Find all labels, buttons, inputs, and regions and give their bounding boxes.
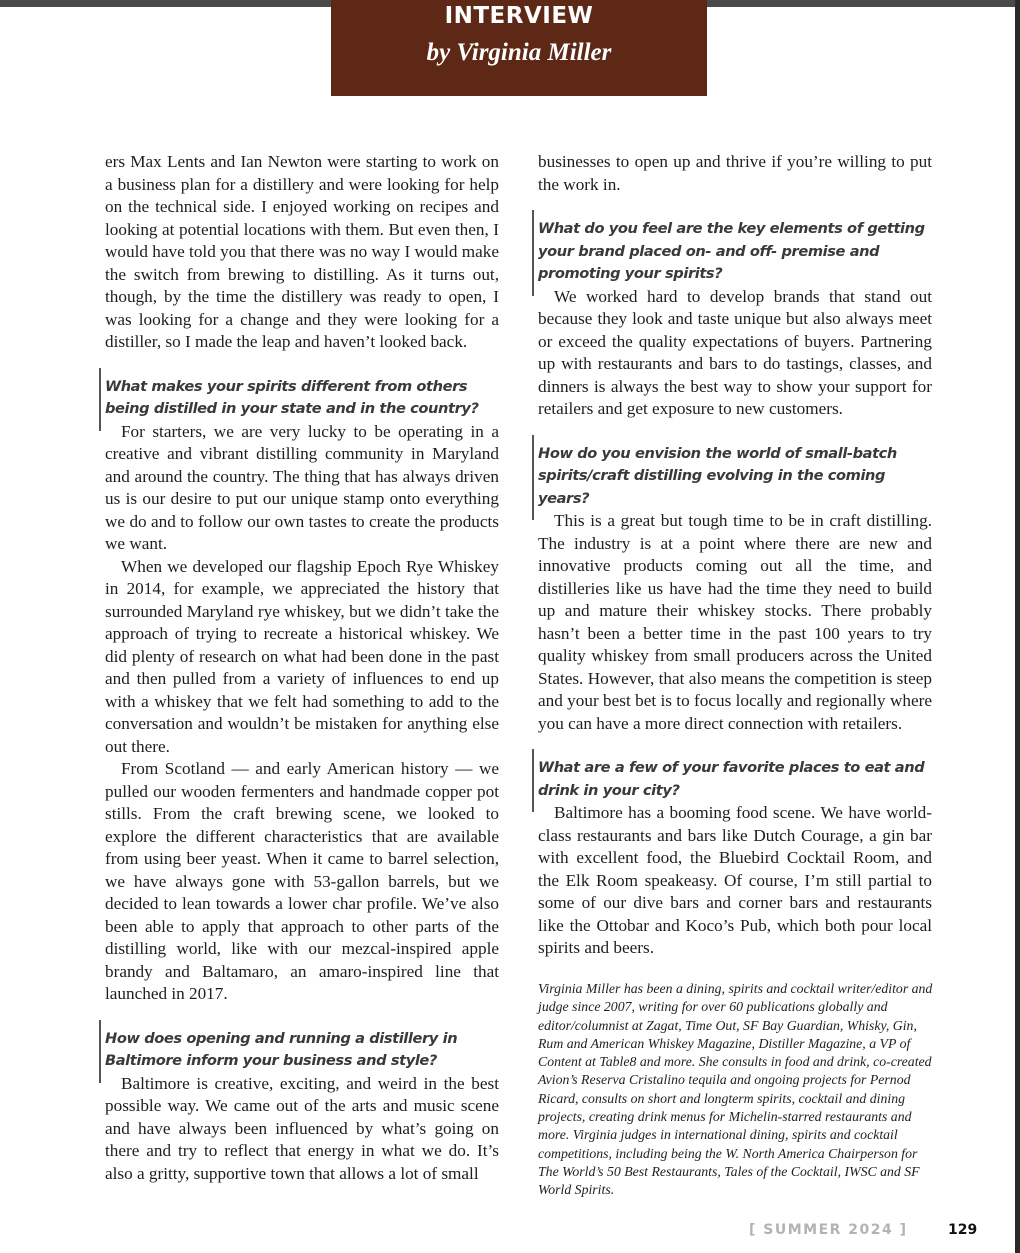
paragraph: This is a great but tough time to be in … xyxy=(538,510,932,735)
viewer-scrollbar[interactable] xyxy=(1015,0,1020,1253)
author-bio: Virginia Miller has been a dining, spiri… xyxy=(538,980,938,1200)
issue-label: [ SUMMER 2024 ] xyxy=(749,1222,908,1238)
interview-question: How do you envision the world of small-b… xyxy=(538,443,932,511)
author-byline: by Virginia Miller xyxy=(331,38,707,68)
paragraph: businesses to open up and thrive if you’… xyxy=(538,151,932,196)
interview-question: What do you feel are the key elements of… xyxy=(538,218,932,286)
paragraph: We worked hard to develop brands that st… xyxy=(538,286,932,421)
paragraph: From Scotland — and early American histo… xyxy=(105,758,499,1006)
section-header: INTERVIEW by Virginia Miller xyxy=(331,0,707,96)
page-number: 129 xyxy=(948,1222,977,1238)
left-column: ers Max Lents and Ian Newton were starti… xyxy=(105,151,499,1185)
paragraph: For starters, we are very lucky to be op… xyxy=(105,421,499,556)
paragraph: When we developed our flagship Epoch Rye… xyxy=(105,556,499,759)
interview-question: What are a few of your favorite places t… xyxy=(538,757,932,802)
interview-question: What makes your spirits different from o… xyxy=(105,376,499,421)
paragraph: Baltimore is creative, exciting, and wei… xyxy=(105,1073,499,1186)
right-column: businesses to open up and thrive if you’… xyxy=(538,151,932,960)
interview-question: How does opening and running a distiller… xyxy=(105,1028,499,1073)
paragraph: ers Max Lents and Ian Newton were starti… xyxy=(105,151,499,354)
section-title: INTERVIEW xyxy=(331,2,707,30)
paragraph: Baltimore has a booming food scene. We h… xyxy=(538,802,932,960)
